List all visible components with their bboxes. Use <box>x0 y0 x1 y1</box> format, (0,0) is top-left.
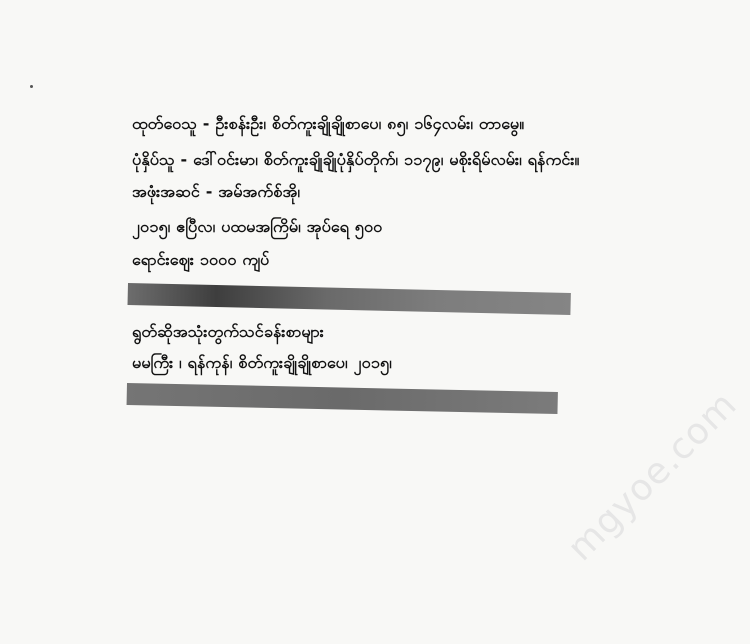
scan-speck <box>30 85 33 88</box>
divider-bar-bottom <box>127 383 558 414</box>
edition-line: ၂၀၁၅၊ ဧပြီလ၊ ပထမအကြိမ်၊ အုပ်ရေ ၅၀၀ <box>132 213 382 241</box>
cover-design-line: အဖုံးအဆင် - အမ်အက်စ်အို၊ <box>132 178 300 206</box>
catalog-heading: ရွတ်ဆိုအသုံးတွက်သင်ခန်းစာများ <box>132 318 324 346</box>
watermark-text: mgyoe.com <box>560 384 745 569</box>
price-line: ရောင်းဈေး ၁၀၀၀ ကျပ် <box>132 246 269 274</box>
catalog-entry: မမကြီး ၊ ရန်ကုန်၊ စိတ်ကူးချိုချိုစာပေ၊ ၂… <box>132 349 392 377</box>
printer-line: ပုံနှိပ်သူ - ဒေါ်ဝင်းမာ၊ စိတ်ကူးချိုချို… <box>132 146 580 174</box>
publisher-line: ထုတ်ဝေသူ - ဦးစန်းဦး၊ စိတ်ကူးချိုချိုစာပေ… <box>132 110 524 138</box>
divider-bar-top <box>128 283 571 315</box>
